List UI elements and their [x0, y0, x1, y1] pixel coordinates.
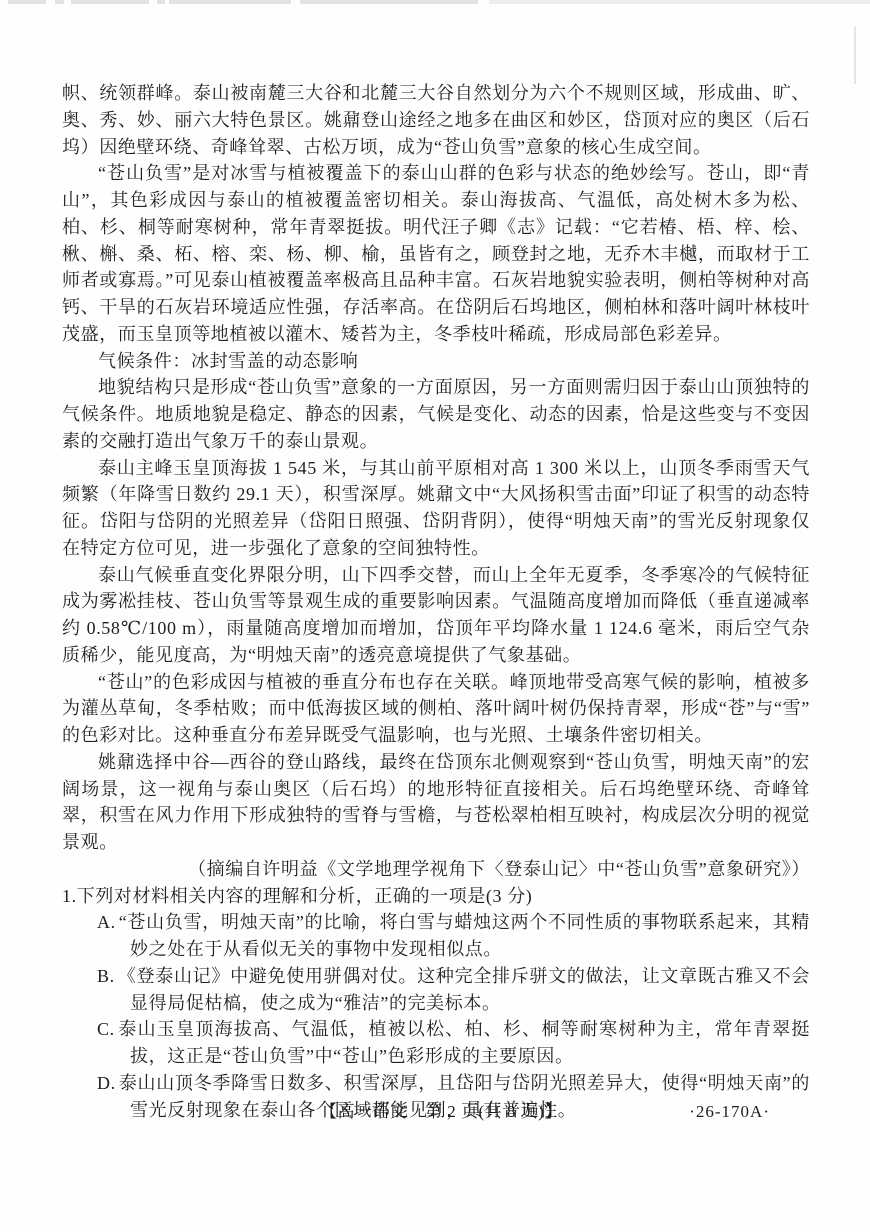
scan-artifact: [55, 0, 64, 4]
material-paragraph: “苍山”的色彩成因与植被的垂直分布也存在关联。峰顶地带受高寒气候的影响，植被多为…: [62, 669, 810, 749]
footer-page-label: 【高一语文 第 2 页(共 8 页)】: [320, 1098, 562, 1126]
page-footer: 【高一语文 第 2 页(共 8 页)】 ·26-170A·: [0, 1098, 870, 1126]
scan-artifact: [71, 0, 149, 4]
question-1-option-b: B.《登泰山记》中避免使用骈偶对仗。这种完全排斥骈文的做法，让文章既古雅又不会显…: [62, 963, 810, 1017]
material-paragraph: 姚鼐选择中谷—西谷的登山路线，最终在岱顶东北侧观察到“苍山负雪，明烛天南”的宏阔…: [62, 749, 810, 856]
question-1-option-c: C.泰山玉皇顶海拔高、气温低，植被以松、柏、杉、桐等耐寒树种为主，常年青翠挺拔，…: [62, 1016, 810, 1070]
question-number: 1.: [62, 886, 77, 906]
option-text: 泰山玉皇顶海拔高、气温低，植被以松、柏、杉、桐等耐寒树种为主，常年青翠挺拔，这正…: [118, 1019, 810, 1066]
question-stem-text: 下列对材料相关内容的理解和分析，正确的一项是(3 分): [77, 886, 533, 906]
material-subheading: 气候条件：冰封雪盖的动态影响: [62, 348, 810, 375]
scan-edge-line: [854, 26, 856, 84]
exam-paper-page: 帜、统领群峰。泰山被南麓三大谷和北麓三大谷自然划分为六个不规则区域，形成曲、旷、…: [0, 0, 870, 1232]
scan-artifact: [489, 0, 870, 4]
option-label: D.: [97, 1073, 116, 1093]
material-paragraph: 地貌结构只是形成“苍山负雪”意象的一方面原因，另一方面则需归因于泰山山顶独特的气…: [62, 374, 810, 454]
material-paragraph: 泰山主峰玉皇顶海拔 1 545 米，与其山前平原相对高 1 300 米以上，山顶…: [62, 455, 810, 562]
option-text: 《登泰山记》中避免使用骈偶对仗。这种完全排斥骈文的做法，让文章既古雅又不会显得局…: [118, 966, 810, 1013]
reading-material: 帜、统领群峰。泰山被南麓三大谷和北麓三大谷自然划分为六个不规则区域，形成曲、旷、…: [62, 80, 810, 1123]
option-label: A.: [97, 912, 116, 932]
question-1-stem: 1.下列对材料相关内容的理解和分析，正确的一项是(3 分): [62, 883, 810, 910]
footer-paper-code: ·26-170A·: [689, 1098, 770, 1126]
option-label: C.: [97, 1019, 115, 1039]
material-paragraph-continuation: 帜、统领群峰。泰山被南麓三大谷和北麓三大谷自然划分为六个不规则区域，形成曲、旷、…: [62, 80, 810, 160]
option-label: B.: [97, 966, 115, 986]
scan-artifact: [169, 0, 291, 4]
scan-artifact: [8, 0, 46, 4]
scan-artifact: [300, 0, 478, 4]
option-text: “苍山负雪，明烛天南”的比喻，将白雪与蜡烛这两个不同性质的事物联系起来，其精妙之…: [119, 912, 810, 959]
material-paragraph: 泰山气候垂直变化界限分明，山下四季交替，而山上全年无夏季，冬季寒冷的气候特征成为…: [62, 562, 810, 669]
scan-artifact: [157, 0, 165, 4]
material-paragraph: “苍山负雪”是对冰雪与植被覆盖下的泰山山群的色彩与状态的绝妙绘写。苍山，即“青山…: [62, 160, 810, 347]
question-1-option-a: A.“苍山负雪，明烛天南”的比喻，将白雪与蜡烛这两个不同性质的事物联系起来，其精…: [62, 909, 810, 963]
material-attribution: （摘编自许明益《文学地理学视角下〈登泰山记〉中“苍山负雪”意象研究》）: [62, 856, 810, 883]
